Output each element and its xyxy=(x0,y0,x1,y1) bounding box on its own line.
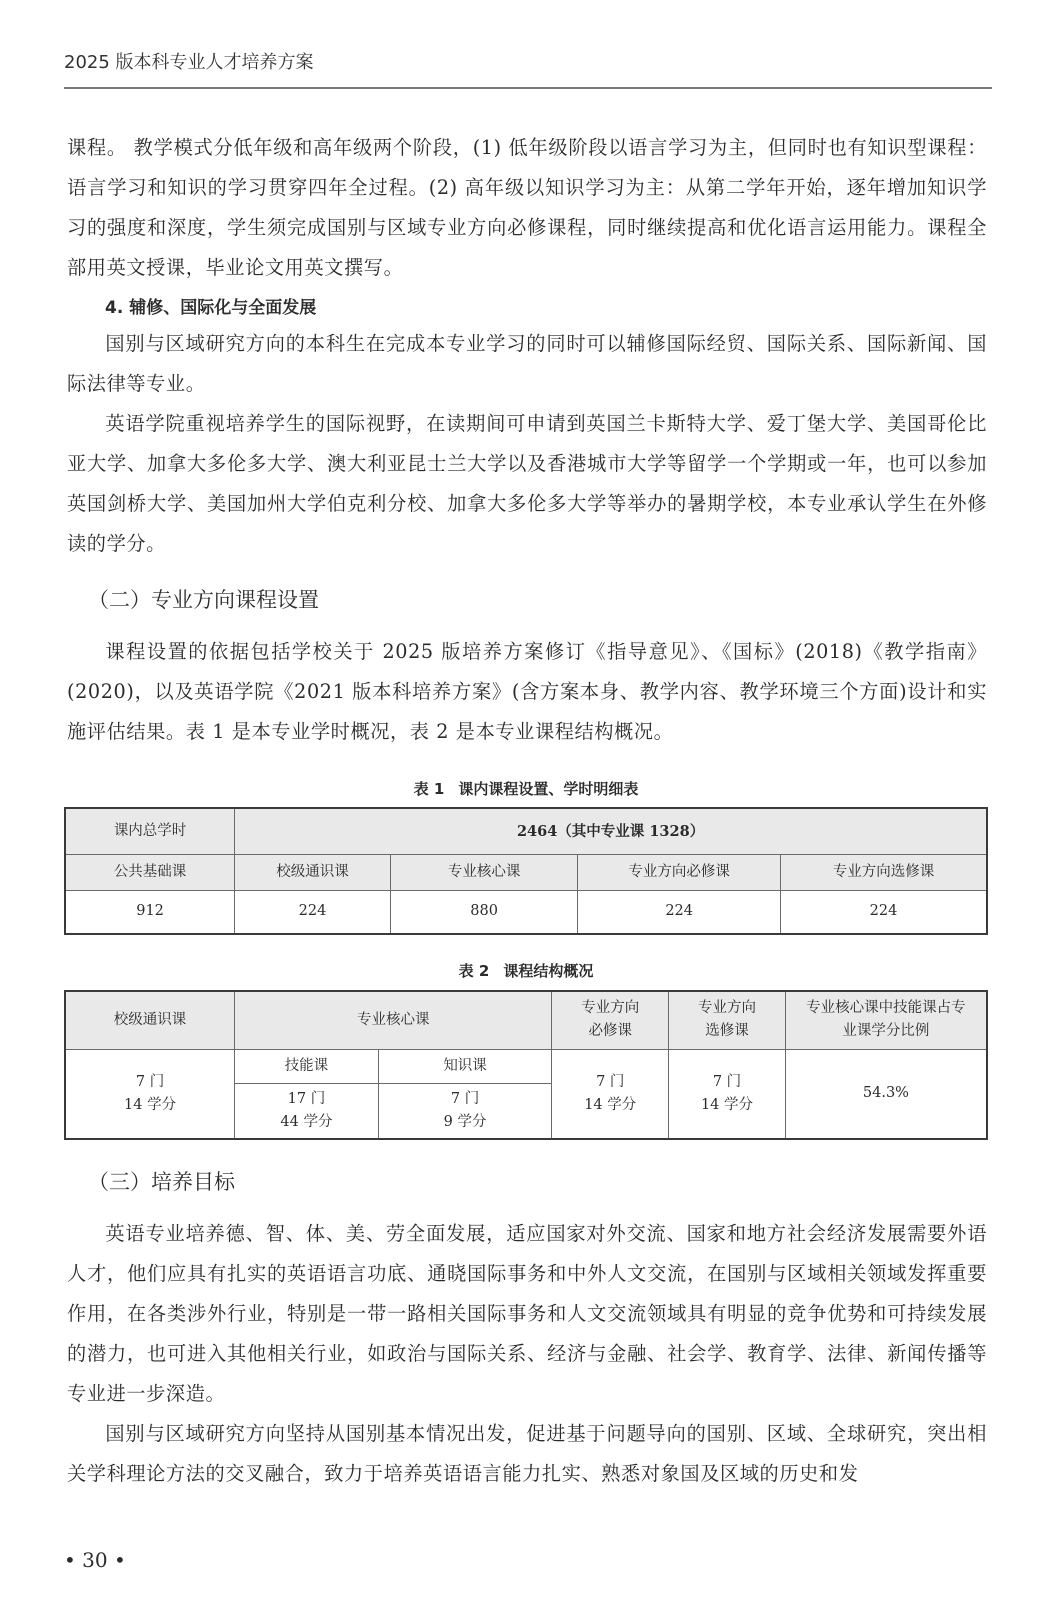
table-row: 912 224 880 224 224 xyxy=(65,890,987,934)
table-number: 表 1 xyxy=(414,780,445,798)
header-line: 选修课 xyxy=(673,1020,781,1043)
table-course-structure: 校级通识课 专业核心课 专业方向 必修课 专业方向 选修课 专业核心课中技能课占… xyxy=(64,990,988,1140)
table-caption: 表 2课程结构概况 xyxy=(64,960,988,981)
value-cell: 224 xyxy=(780,890,987,934)
header-rule xyxy=(64,87,992,89)
paragraph: 课程。 教学模式分低年级和高年级两个阶段，(1) 低年级阶段以语言学习为主，但同… xyxy=(67,128,987,288)
value-cell: 7 门 14 学分 xyxy=(65,1049,235,1139)
section-heading: （三）培养目标 xyxy=(88,1166,235,1196)
value-cell: 912 xyxy=(65,890,235,934)
header-line: 专业核心课中技能课占专 xyxy=(790,997,982,1020)
credit-count: 9 学分 xyxy=(383,1111,548,1134)
subheader-cell: 技能课 xyxy=(235,1049,379,1083)
credit-count: 44 学分 xyxy=(239,1111,374,1134)
table-title: 课程结构概况 xyxy=(503,962,593,980)
header-line: 专业方向 xyxy=(673,997,781,1020)
header-cell: 课内总学时 xyxy=(65,808,235,854)
text-block-minor: 国别与区域研究方向的本科生在完成本专业学习的同时可以辅修国际经贸、国际关系、国际… xyxy=(67,324,987,564)
paragraph: 国别与区域研究方向坚持从国别基本情况出发，促进基于问题导向的国别、区域、全球研究… xyxy=(67,1414,987,1494)
course-count: 7 门 xyxy=(70,1071,230,1094)
credit-count: 14 学分 xyxy=(556,1094,664,1117)
table-row: 7 门 14 学分 技能课 知识课 7 门 14 学分 7 门 14 学分 54… xyxy=(65,1049,987,1083)
value-cell: 880 xyxy=(390,890,578,934)
page-number: • 30 • xyxy=(64,1548,126,1572)
value-cell: 17 门 44 学分 xyxy=(235,1083,379,1139)
header-cell: 专业核心课 xyxy=(235,991,552,1049)
paragraph: 英语学院重视培养学生的国际视野，在读期间可申请到英国兰卡斯特大学、爱丁堡大学、美… xyxy=(67,404,987,564)
header-cell: 公共基础课 xyxy=(65,854,235,890)
header-cell: 专业方向 必修课 xyxy=(552,991,669,1049)
section-heading: （二）专业方向课程设置 xyxy=(88,584,319,614)
header-line: 必修课 xyxy=(556,1020,664,1043)
table-class-hours: 课内总学时 2464（其中专业课 1328） 公共基础课 校级通识课 专业核心课… xyxy=(64,807,988,935)
value-cell: 7 门 9 学分 xyxy=(378,1083,552,1139)
header-line: 业课学分比例 xyxy=(790,1020,982,1043)
running-header-title: 2025 版本科专业人才培养方案 xyxy=(64,48,314,74)
header-cell: 校级通识课 xyxy=(235,854,391,890)
value-cell: 7 门 14 学分 xyxy=(669,1049,786,1139)
value-cell: 7 门 14 学分 xyxy=(552,1049,669,1139)
header-cell: 专业核心课 xyxy=(390,854,578,890)
header-cell: 专业方向必修课 xyxy=(578,854,781,890)
ratio-cell: 54.3% xyxy=(785,1049,987,1139)
header-line: 专业方向 xyxy=(556,997,664,1020)
credit-count: 14 学分 xyxy=(70,1094,230,1117)
total-hours-cell: 2464（其中专业课 1328） xyxy=(235,808,987,854)
course-count: 7 门 xyxy=(383,1088,548,1111)
table-title: 课内课程设置、学时明细表 xyxy=(458,780,638,798)
table-row: 公共基础课 校级通识课 专业核心课 专业方向必修课 专业方向选修课 xyxy=(65,854,987,890)
paragraph: 课程设置的依据包括学校关于 2025 版培养方案修订《指导意见》、《国标》(20… xyxy=(67,632,987,752)
text-block-top: 课程。 教学模式分低年级和高年级两个阶段，(1) 低年级阶段以语言学习为主，但同… xyxy=(67,128,987,288)
subheader-cell: 知识课 xyxy=(378,1049,552,1083)
paragraph: 英语专业培养德、智、体、美、劳全面发展，适应国家对外交流、国家和地方社会经济发展… xyxy=(67,1214,987,1414)
header-cell: 专业方向 选修课 xyxy=(669,991,786,1049)
course-count: 17 门 xyxy=(239,1088,374,1111)
paragraph: 国别与区域研究方向的本科生在完成本专业学习的同时可以辅修国际经贸、国际关系、国际… xyxy=(67,324,987,404)
course-count: 7 门 xyxy=(556,1071,664,1094)
value-cell: 224 xyxy=(578,890,781,934)
table-row: 校级通识课 专业核心课 专业方向 必修课 专业方向 选修课 专业核心课中技能课占… xyxy=(65,991,987,1049)
table-number: 表 2 xyxy=(459,962,490,980)
table-caption: 表 1课内课程设置、学时明细表 xyxy=(64,778,988,799)
header-cell: 校级通识课 xyxy=(65,991,235,1049)
course-count: 7 门 xyxy=(673,1071,781,1094)
value-cell: 224 xyxy=(235,890,391,934)
header-cell: 专业方向选修课 xyxy=(780,854,987,890)
credit-count: 14 学分 xyxy=(673,1094,781,1117)
text-block-section-2: 课程设置的依据包括学校关于 2025 版培养方案修订《指导意见》、《国标》(20… xyxy=(67,632,987,752)
header-cell: 专业核心课中技能课占专 业课学分比例 xyxy=(785,991,987,1049)
table-row: 课内总学时 2464（其中专业课 1328） xyxy=(65,808,987,854)
subheading-minor: 4. 辅修、国际化与全面发展 xyxy=(105,293,316,318)
text-block-section-3: 英语专业培养德、智、体、美、劳全面发展，适应国家对外交流、国家和地方社会经济发展… xyxy=(67,1214,987,1494)
